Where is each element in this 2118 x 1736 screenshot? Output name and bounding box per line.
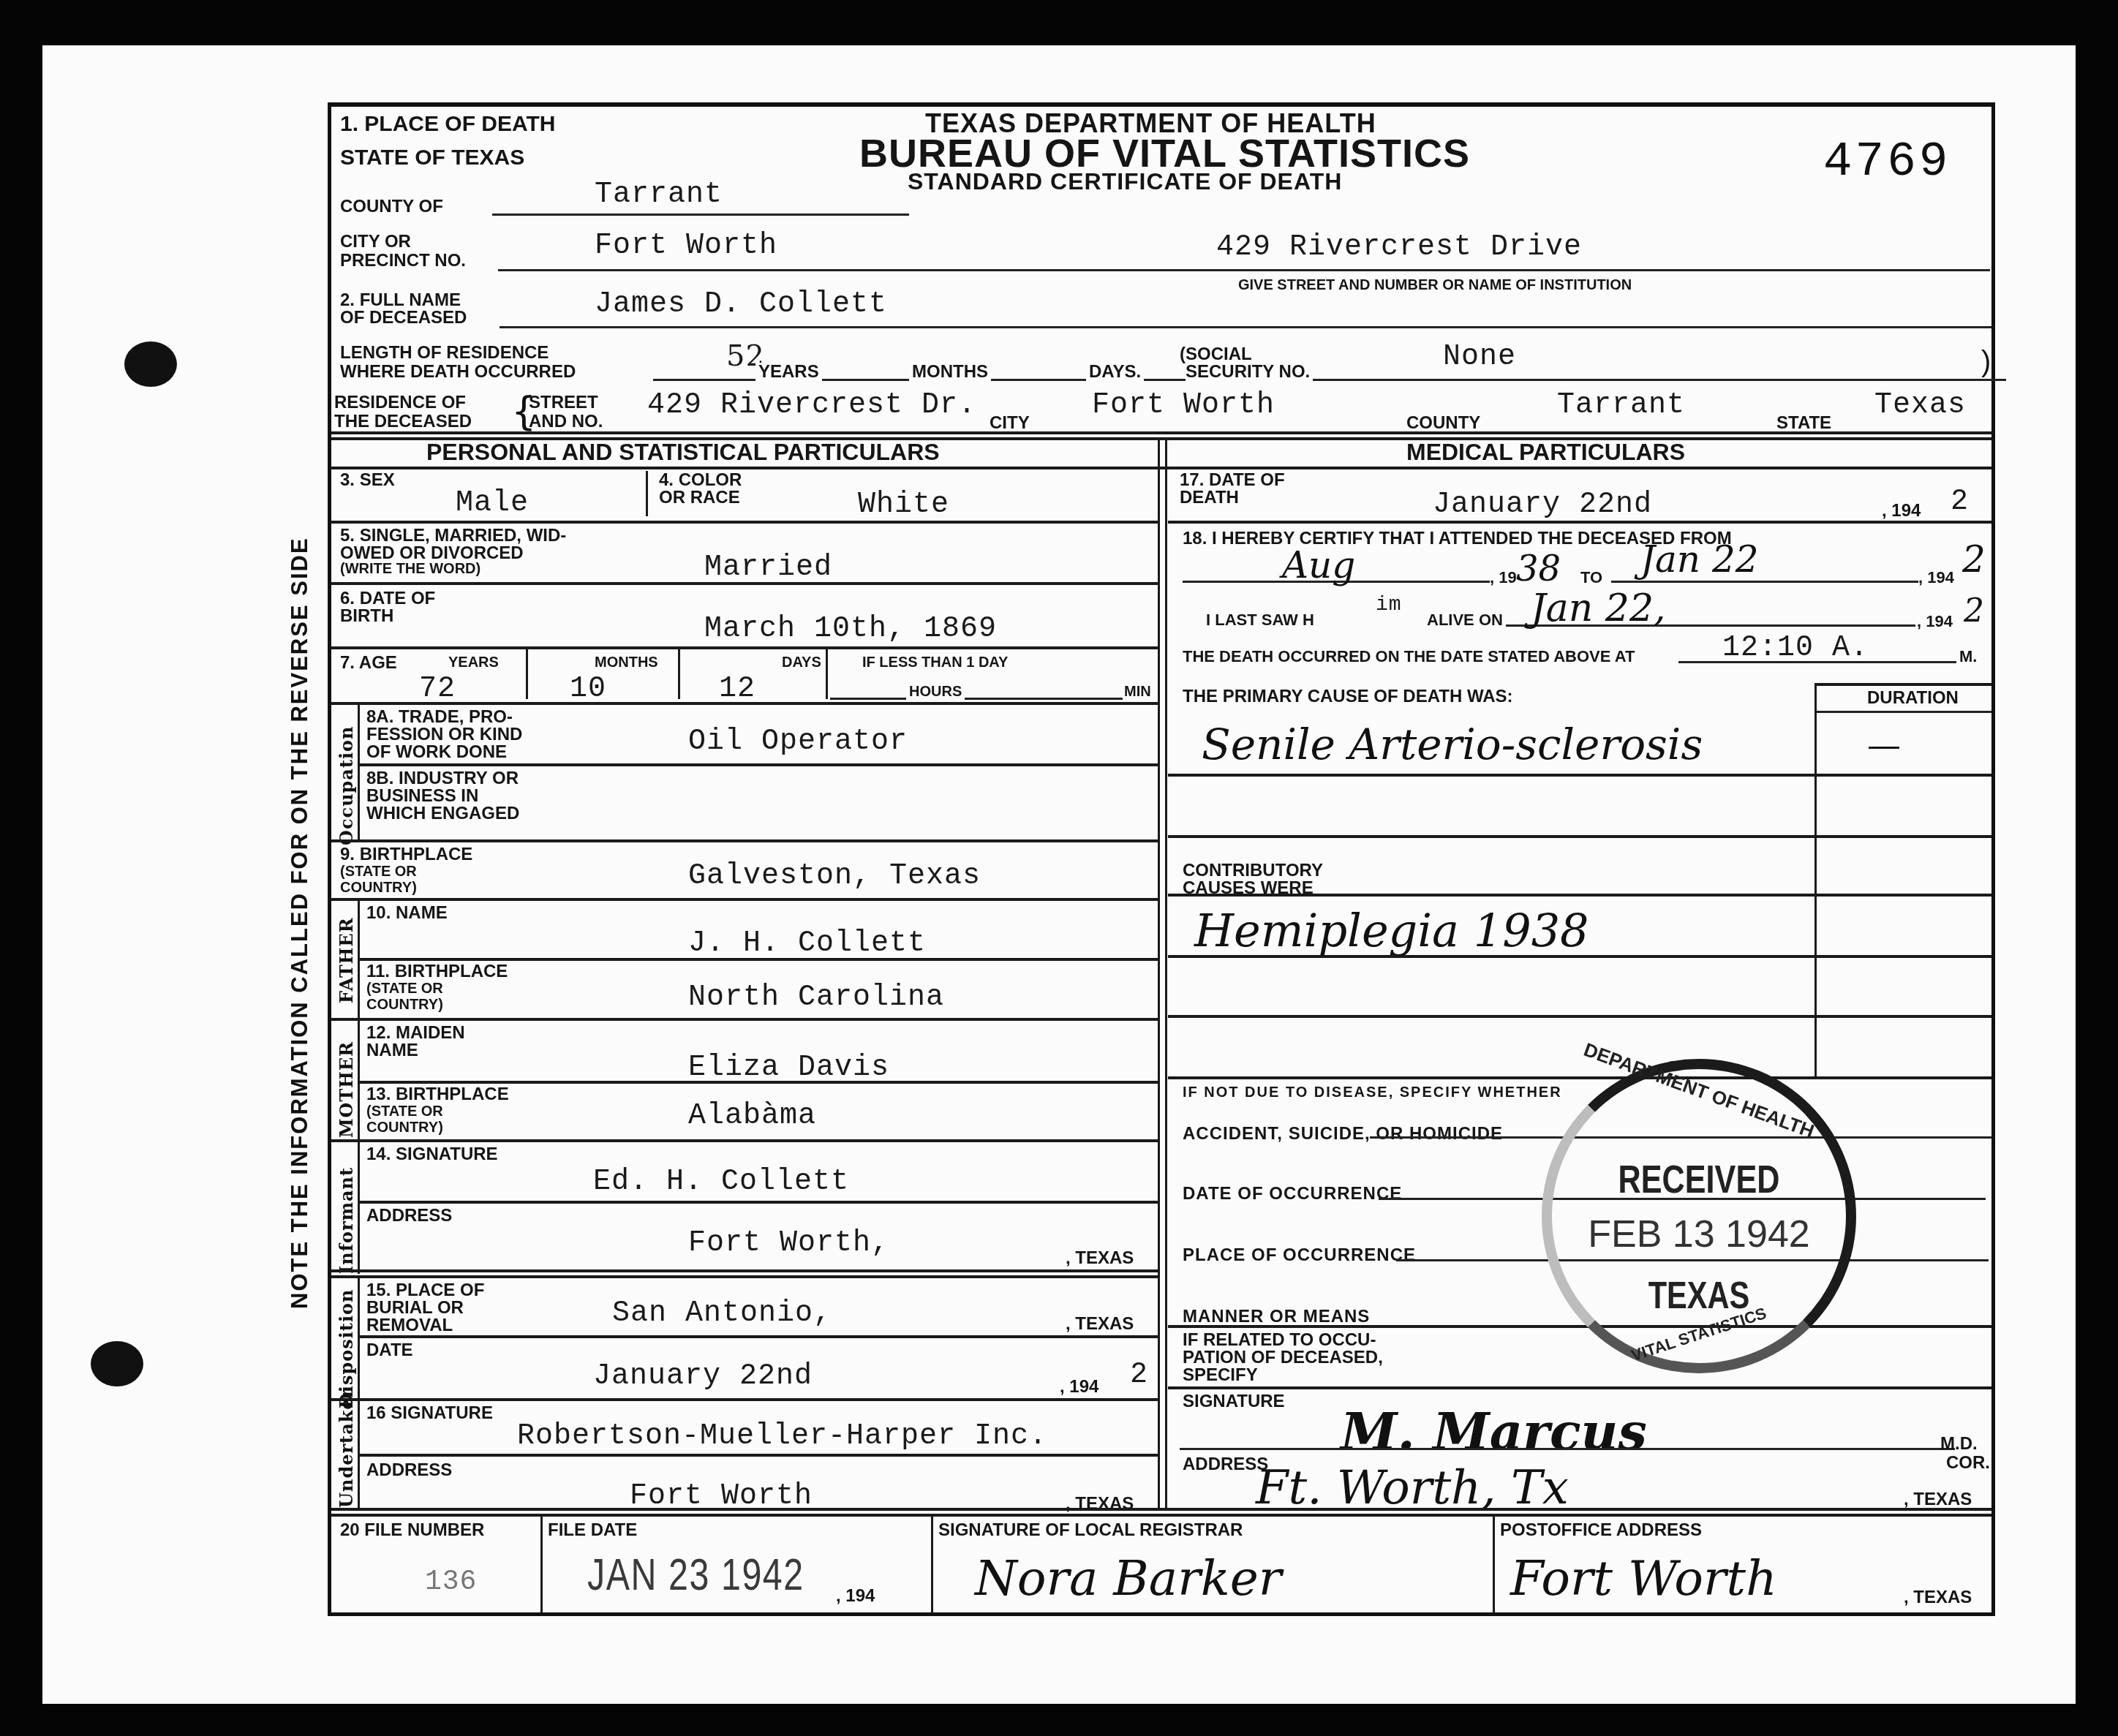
father-birthplace: North Carolina [688, 981, 944, 1014]
attended-from-year: 38 [1516, 548, 1561, 589]
last-saw-year: 2 [1964, 592, 1984, 630]
marital-status: Married [704, 551, 832, 584]
mother-side-label: MOTHER [336, 1041, 357, 1138]
city-value: Fort Worth [595, 230, 777, 263]
place-of-occurrence-label: PLACE OF OCCURRENCE [1183, 1246, 1416, 1264]
certificate-subtitle: STANDARD CERTIFICATE OF DEATH [908, 170, 1342, 195]
physician-address: Ft. Worth, Tx [1256, 1461, 1569, 1515]
stamp-received: RECEIVED [1581, 1157, 1817, 1202]
age-years: 72 [419, 673, 456, 706]
punch-hole [124, 341, 177, 387]
ss-label: SECURITY NO. [1186, 363, 1313, 381]
state-label: STATE OF TEXAS [340, 146, 524, 170]
received-stamp: DEPARTMENT OF HEALTH RECEIVED FEB 13 194… [1542, 1059, 1856, 1373]
stamp-date: FEB 13 1942 [1552, 1212, 1846, 1256]
primary-cause-duration: — [1867, 725, 1901, 765]
sex-value: Male [456, 487, 529, 520]
residence-city: Fort Worth [1092, 389, 1275, 422]
occupation-side-label: Occupation [336, 725, 357, 845]
street-hint: GIVE STREET AND NUMBER OR NAME OF INSTIT… [1238, 278, 1632, 293]
medical-section-title: MEDICAL PARTICULARS [1406, 440, 1685, 465]
county-label: COUNTY OF [340, 197, 443, 216]
mother-birthplace: Alabàma [688, 1100, 816, 1133]
undertaker-signature: Robertson-Mueller-Harper Inc. [517, 1420, 1047, 1453]
punch-hole [91, 1341, 143, 1386]
last-saw-date: Jan 22, [1531, 586, 1666, 630]
death-street-value: 429 Rivercrest Drive [1216, 231, 1582, 264]
residence-street: 429 Rivercrest Dr. [647, 389, 976, 422]
primary-cause: Senile Arterio-sclerosis [1202, 720, 1703, 769]
burial-year-digit: 2 [1130, 1359, 1148, 1392]
residence-label: RESIDENCE OF [334, 393, 466, 412]
certificate-number: 4769 [1823, 135, 1951, 189]
undertaker-side-label: Undertaker [336, 1388, 357, 1508]
death-certificate-form: 1. PLACE OF DEATH STATE OF TEXAS TEXAS D… [328, 102, 1995, 1616]
occupation-trade: Oil Operator [688, 725, 908, 758]
birthplace-value: Galveston, Texas [688, 860, 981, 893]
registrar-signature: Nora Barker [975, 1550, 1281, 1607]
father-side-label: FATHER [336, 917, 357, 1003]
county-value: Tarrant [595, 178, 723, 211]
reverse-side-note: NOTE THE INFORMATION CALLED FOR ON THE R… [287, 537, 313, 1309]
physician-signature: M. Marcus [1341, 1401, 1647, 1462]
burial-date: January 22nd [593, 1360, 813, 1393]
burial-place: San Antonio, [612, 1297, 832, 1330]
date-of-occurrence-label: DATE OF OCCURRENCE [1183, 1185, 1402, 1203]
deceased-name: James D. Collett [595, 288, 887, 321]
postoffice-address: Fort Worth [1510, 1550, 1777, 1607]
file-date-stamp: JAN 23 1942 [587, 1549, 804, 1601]
personal-section-title: PERSONAL AND STATISTICAL PARTICULARS [426, 440, 940, 465]
date-of-birth: March 10th, 1869 [704, 613, 997, 646]
age-days: 12 [719, 673, 755, 706]
residence-county: Tarrant [1557, 389, 1685, 422]
contributory-causes: Hemiplegia 1938 [1194, 904, 1589, 957]
full-name-label: 2. FULL NAME [340, 291, 461, 309]
race-value: White [858, 488, 949, 521]
place-of-death-label: 1. PLACE OF DEATH [340, 113, 555, 136]
attended-from: Aug [1282, 544, 1355, 586]
file-number: 136 [425, 1566, 477, 1598]
death-year-digit: 2 [1951, 486, 1969, 518]
informant-signature: Ed. H. Collett [593, 1166, 849, 1199]
city-label: CITY OR [340, 233, 411, 251]
manner-label: MANNER OR MEANS [1183, 1307, 1370, 1326]
attended-to: Jan 22 [1640, 538, 1759, 581]
father-name: J. H. Collett [688, 927, 926, 960]
age-months: 10 [570, 673, 606, 706]
date-of-death: January 22nd [1433, 488, 1652, 521]
last-saw-pronoun: im [1376, 594, 1402, 616]
time-of-death: 12:10 A. [1722, 632, 1869, 665]
informant-side-label: Informant [336, 1167, 357, 1274]
residence-state: Texas [1874, 389, 1966, 422]
mother-maiden-name: Eliza Davis [688, 1052, 889, 1084]
residence-length-label: WHERE DEATH OCCURRED [340, 363, 576, 381]
informant-address: Fort Worth, [688, 1227, 889, 1260]
attended-to-year: 2 [1962, 538, 1986, 581]
ss-value: None [1443, 341, 1516, 374]
